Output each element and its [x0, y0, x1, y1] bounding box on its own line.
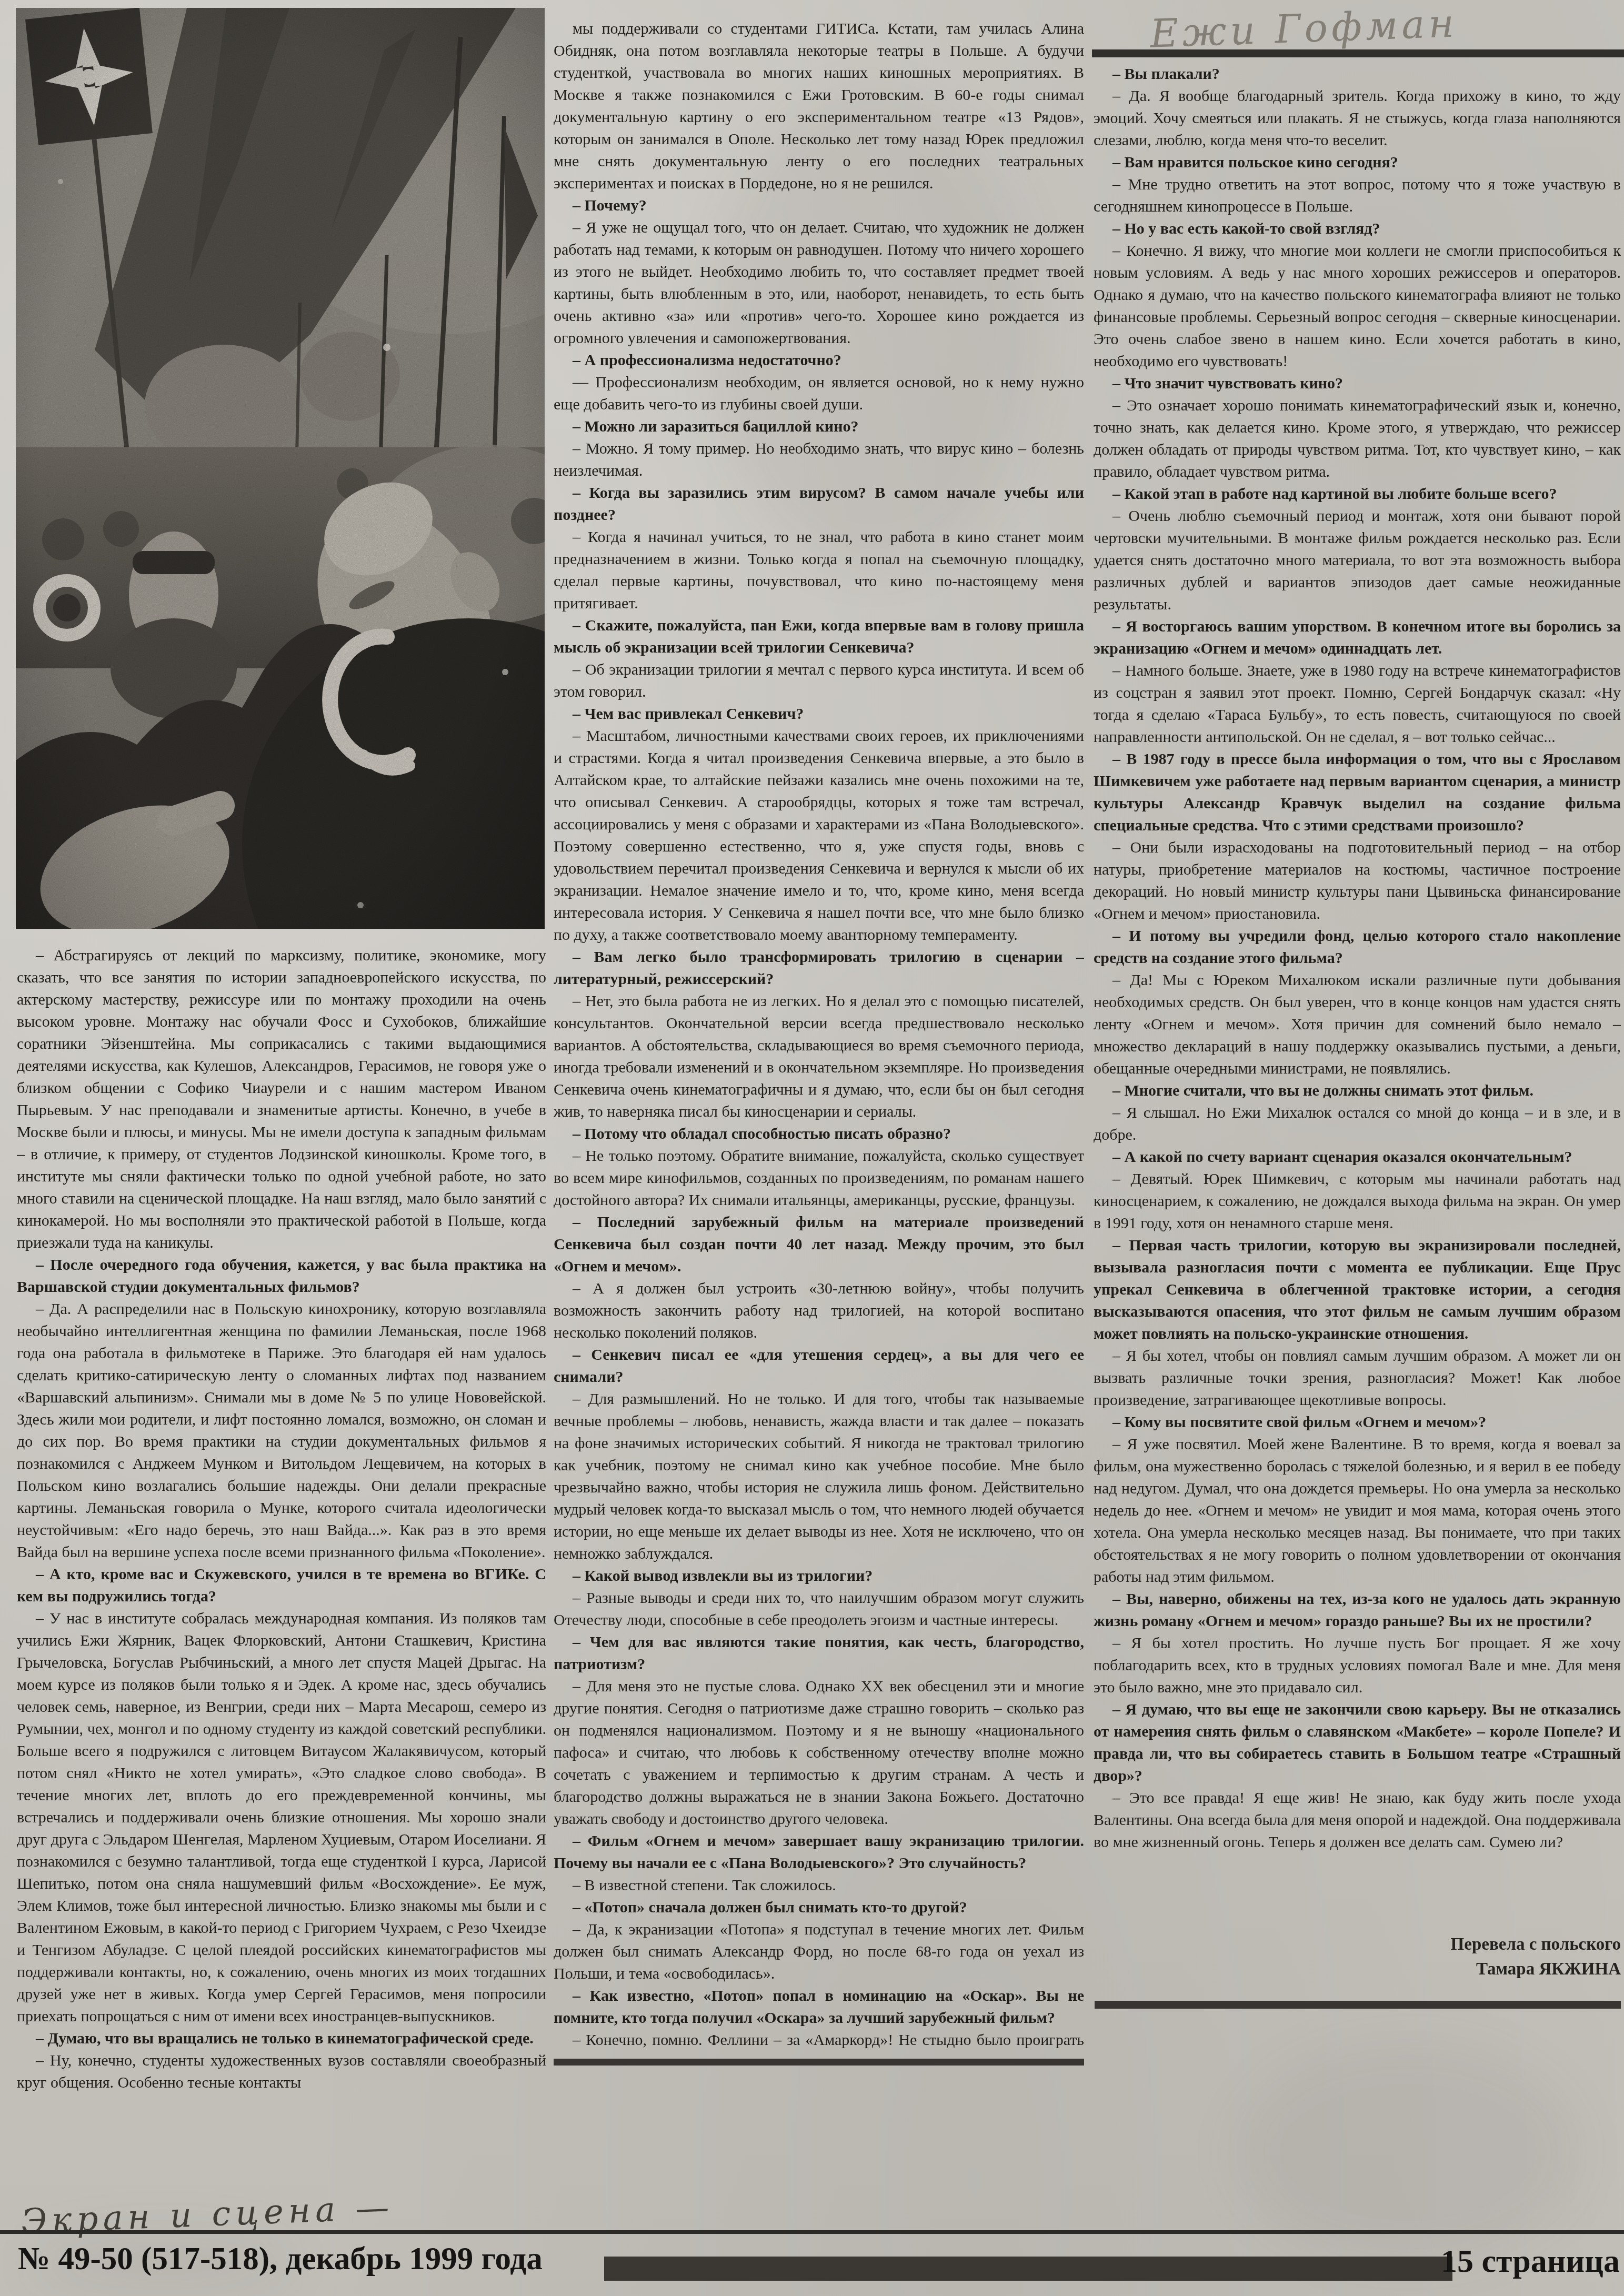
interview-question: – Думаю, что вы вращались не только в ки… [17, 2028, 546, 2050]
article-column-2: мы поддерживали со студентами ГИТИСа. Кс… [554, 18, 1084, 2053]
interview-answer: – Нет, это была работа не из легких. Но … [554, 990, 1084, 1123]
interview-question: – Кому вы посвятите свой фильм «Огнем и … [1094, 1411, 1621, 1433]
interview-answer: – Мне трудно ответить на этот вопрос, по… [1094, 174, 1621, 218]
interview-question: – Как известно, «Потоп» попал в номинаци… [554, 1985, 1084, 2029]
interview-question: – А кто, кроме вас и Скужевского, учился… [17, 1563, 546, 1608]
page-number: 15 страница [1441, 2243, 1615, 2280]
interview-question: – Чем для вас являются такие понятия, ка… [554, 1631, 1084, 1676]
interview-question: – Вы, наверно, обижены на тех, из-за ког… [1094, 1588, 1621, 1632]
interview-question: – Можно ли заразиться бациллой кино? [554, 416, 1084, 438]
interview-answer: – Это все правда! Я еще жив! Не знаю, ка… [1094, 1787, 1621, 1853]
interview-question: – Фильм «Огнем и мечом» завершает вашу э… [554, 1830, 1084, 1874]
interview-question: – Первая часть трилогии, которую вы экра… [1094, 1235, 1621, 1345]
interview-answer: – Девятый. Юрек Шимкевич, с которым мы н… [1094, 1168, 1621, 1235]
interview-question: – А какой по счету вариант сценария оказ… [1094, 1146, 1621, 1168]
interview-question: – Какой вывод извлекли вы из трилогии? [554, 1565, 1084, 1587]
column3-top-rule [1092, 49, 1624, 57]
interview-answer: – Ну, конечно, студенты художественных в… [17, 2050, 546, 2094]
interview-question: – В 1987 году в прессе была информация о… [1094, 748, 1621, 837]
bleedthrough-ghost [1237, 2042, 1579, 2263]
newspaper-page: Ежи Гофман – Абстрагируясь от лекций по … [0, 0, 1624, 2296]
interview-question: – Последний зарубежный фильм на материал… [554, 1211, 1084, 1278]
interview-answer: – А я должен был устроить «30-летнюю вой… [554, 1278, 1084, 1344]
interview-question: – Почему? [554, 195, 1084, 217]
footer-rule [0, 2230, 1624, 2234]
interview-answer: – Да! Мы с Юреком Михалюком искали разли… [1094, 969, 1621, 1080]
interview-question: – Я думаю, что вы еще не закончили свою … [1094, 1699, 1621, 1787]
article-column-3: – Вы плакали?– Да. Я вообще благодарный … [1094, 63, 1621, 1926]
interview-answer: – Я слышал. Но Ежи Михалюк остался со мн… [1094, 1102, 1621, 1146]
interview-question: – Сенкевич писал ее «для утешения сердец… [554, 1344, 1084, 1388]
column-end-rule [1095, 2001, 1621, 2009]
interview-question: – И потому вы учредили фонд, целью котор… [1094, 925, 1621, 969]
footer-bar [604, 2257, 1452, 2281]
interview-answer: – Когда я начинал учиться, то не знал, ч… [554, 526, 1084, 615]
column-end-rule [554, 2059, 1084, 2066]
translator-name: Тамара ЯКЖИНА [1094, 1957, 1621, 1982]
interview-answer: – Абстрагируясь от лекций по марксизму, … [17, 945, 546, 1254]
interview-answer: – Масштабом, личностными качествами свои… [554, 725, 1084, 946]
interview-question: – А профессионализма недостаточно? [554, 349, 1084, 372]
translator-signature: Перевела с польского Тамара ЯКЖИНА [1094, 1932, 1621, 1982]
interview-question: – Что значит чувствовать кино? [1094, 373, 1621, 395]
issue-number: № 49-50 (517-518), декабрь 1999 года [18, 2240, 597, 2279]
interview-answer: — Профессионализм необходим, он является… [554, 372, 1084, 416]
interview-question: – Вам легко было трансформировать трилог… [554, 946, 1084, 990]
interview-question: – Многие считали, что вы не должны снима… [1094, 1080, 1621, 1102]
interview-question: – После очередного года обучения, кажетс… [17, 1254, 546, 1298]
interview-answer: – Конечно, помню. Феллини – за «Амаркорд… [554, 2029, 1084, 2053]
interview-answer: – У нас в институте собралась международ… [17, 1608, 546, 2028]
interview-answer: – Да, к экранизации «Потопа» я подступал… [554, 1919, 1084, 1985]
interview-question: – Скажите, пожалуйста, пан Ежи, когда вп… [554, 615, 1084, 659]
interview-answer: – Я бы хотел простить. Но лучше пусть Бо… [1094, 1632, 1621, 1699]
interview-question: – Я восторгаюсь вашим упорством. В конеч… [1094, 616, 1621, 660]
interview-answer: – Можно. Я тому пример. Но необходимо зн… [554, 438, 1084, 482]
interview-question: – Когда вы заразились этим вирусом? В са… [554, 482, 1084, 526]
interview-answer: – Разные выводы и среди них то, что наил… [554, 1587, 1084, 1631]
interview-question: – Чем вас привлекал Сенкевич? [554, 703, 1084, 725]
interview-answer: – Это означает хорошо понимать кинематог… [1094, 395, 1621, 483]
interview-answer: – Очень люблю съемочный период и монтаж,… [1094, 505, 1621, 616]
translator-line: Перевела с польского [1094, 1932, 1621, 1957]
interview-answer: – Об экранизации трилогии я мечтал с пер… [554, 659, 1084, 703]
interview-answer: – Не только поэтому. Обратите внимание, … [554, 1145, 1084, 1211]
interview-answer: – Я уже посвятил. Моей жене Валентине. В… [1094, 1433, 1621, 1588]
article-column-1: – Абстрагируясь от лекций по марксизму, … [17, 945, 546, 2197]
interview-answer: – Для меня это не пустые слова. Однако X… [554, 1676, 1084, 1830]
interview-question: – Какой этап в работе над картиной вы лю… [1094, 483, 1621, 505]
interview-answer: – Я уже не ощущал того, что он делает. С… [554, 217, 1084, 349]
interview-answer: мы поддерживали со студентами ГИТИСа. Кс… [554, 18, 1084, 195]
interview-question: – Потому что обладал способностью писать… [554, 1123, 1084, 1145]
interview-answer: – Да. А распределили нас в Польскую кино… [17, 1298, 546, 1563]
interview-question: – Но у вас есть какой-то свой взгляд? [1094, 218, 1621, 240]
interview-answer: – В известной степени. Так сложилось. [554, 1874, 1084, 1897]
interview-question: – Вы плакали? [1094, 63, 1621, 85]
interview-answer: – Намного больше. Знаете, уже в 1980 год… [1094, 660, 1621, 748]
interview-question: – Вам нравится польское кино сегодня? [1094, 152, 1621, 174]
interview-answer: – Я бы хотел, чтобы он повлиял самым луч… [1094, 1345, 1621, 1411]
interview-answer: – Они были израсходованы на подготовител… [1094, 837, 1621, 925]
interview-answer: – Да. Я вообще благодарный зритель. Когд… [1094, 85, 1621, 152]
interview-question: – «Потоп» сначала должен был снимать кто… [554, 1897, 1084, 1919]
interview-answer: – Конечно. Я вижу, что многие мои коллег… [1094, 240, 1621, 373]
article-photo-crowd-flags [16, 8, 545, 929]
interview-answer: – Для размышлений. Но не только. И для т… [554, 1388, 1084, 1565]
handwritten-name: Ежи Гофман [1149, 0, 1624, 57]
